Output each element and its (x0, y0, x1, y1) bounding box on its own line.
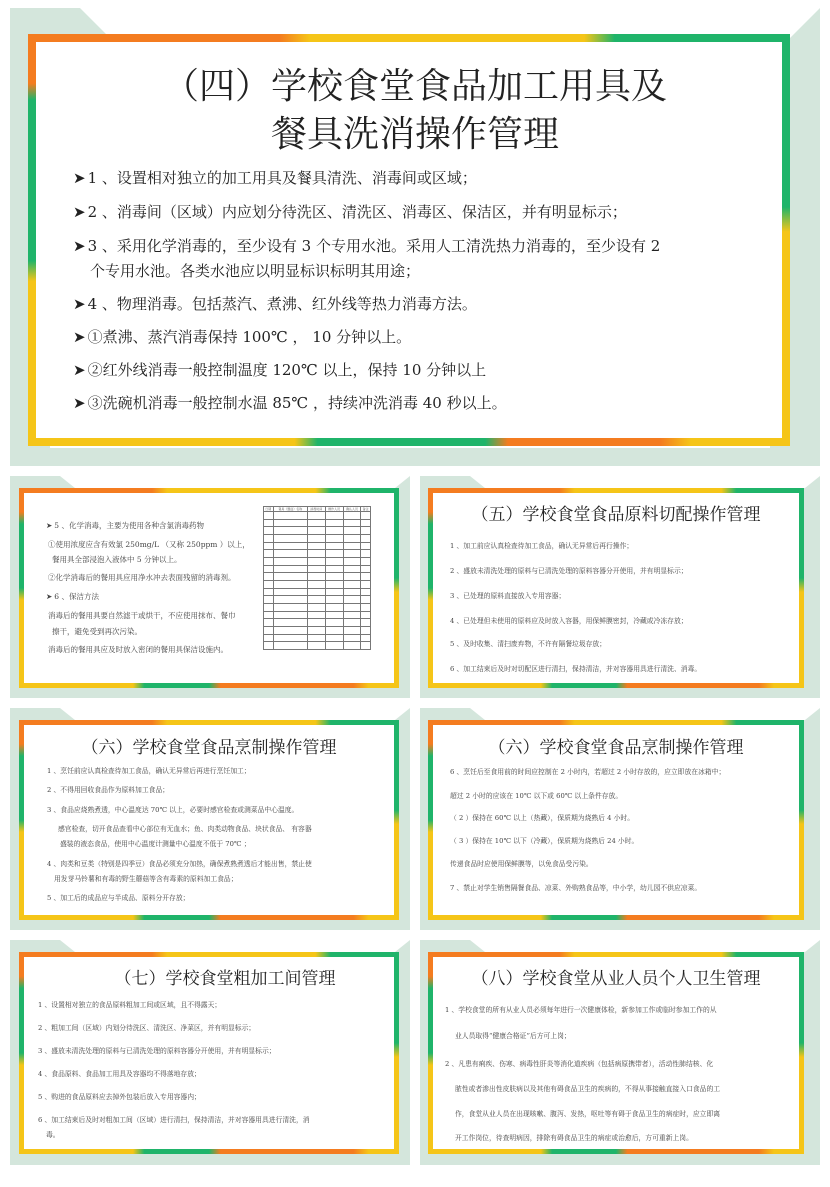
table-cell (343, 634, 361, 642)
slide-ingredient-prep: （五）学校食堂食品原料切配操作管理 1 、加工前应认真检查待加工食品，确认无异常… (420, 476, 820, 698)
table-cell (273, 626, 307, 634)
slide-personal-hygiene: （八）学校食堂从业人员个人卫生管理 1 、学校食堂的所有从业人员必须每年进行一次… (420, 940, 820, 1170)
list-item: 5 、加工后的成品应与半成品、原料分开存放； (47, 894, 189, 903)
list-item: 1 、学校食堂的所有从业人员必须每年进行一次健康体检，新参加工作或临时参加工作的… (445, 1006, 717, 1015)
table-cell (273, 642, 307, 650)
table-cell (273, 619, 307, 627)
list-item: ➤1 、设置相对独立的加工用具及餐具清洗、消毒间或区域； (73, 168, 477, 188)
table-row (264, 626, 371, 634)
frame-border-top (19, 720, 399, 725)
list-item: 5 、及时收集、清扫废弃物，不许有隔餐垃圾存放； (450, 640, 606, 649)
list-item-continuation: 擦干，避免受到再次污染。 (52, 627, 142, 637)
table-cell (264, 611, 274, 619)
table-cell (325, 596, 343, 604)
table-cell (307, 626, 325, 634)
table-row (264, 519, 371, 527)
table-cell (343, 573, 361, 581)
list-item: 6 、加工结束后及时对粗加工间（区域）进行清扫，保持清洁，并对容器用具进行清洗，… (38, 1116, 310, 1125)
table-cell (361, 565, 371, 573)
table-cell (361, 512, 371, 520)
table-cell (343, 542, 361, 550)
table-cell (264, 588, 274, 596)
table-cell (264, 550, 274, 558)
table-row (264, 634, 371, 642)
table-cell (325, 527, 343, 535)
table-cell (361, 534, 371, 542)
list-item: 5 、购进的食品原料应去掉外包装后放入专用容器内； (38, 1093, 201, 1102)
slide-title-line1: （四）学校食堂食品加工用具及 (10, 58, 820, 109)
arrow-bullet-icon: ➤ (73, 202, 86, 222)
list-item: ①使用浓度应含有效氯 250mg/L （又称 250ppm ）以上， (48, 540, 250, 550)
slide-title: （六）学校食堂食品烹制操作管理 (428, 733, 804, 758)
list-item: （ 2 ）保持在 60℃ 以上（热藏），保质期为烧熟后 4 小时。 (450, 814, 634, 823)
table-cell (361, 603, 371, 611)
table-cell (361, 619, 371, 627)
list-item: ➤3 、采用化学消毒的，至少设有 3 个专用水池。采用人工清洗热力消毒的，至少设… (73, 236, 660, 256)
list-item-continuation: 餐用具全部浸泡入液体中 5 分钟以上。 (52, 555, 182, 565)
frame-border-bottom (28, 438, 790, 446)
table-cell (273, 542, 307, 550)
table-header-row: 日期 餐具（器皿）名称 消毒时间 操作人员 确认人员 备注 (264, 507, 371, 512)
table-cell (264, 512, 274, 520)
frame-border-top (428, 488, 804, 493)
table-cell (307, 573, 325, 581)
table-cell (361, 519, 371, 527)
table-cell (307, 527, 325, 535)
list-item: ➤②红外线消毒一般控制温度 120℃ 以上，保持 10 分钟以上 (73, 360, 486, 380)
table-cell (307, 596, 325, 604)
table-cell (325, 603, 343, 611)
list-item-continuation: 盛装的液态食品，使用中心温度计测量中心温度不低于 70℃ ； (60, 840, 251, 849)
table-cell (325, 557, 343, 565)
table-cell (264, 565, 274, 573)
table-row (264, 619, 371, 627)
table-cell (273, 512, 307, 520)
table-cell (325, 565, 343, 573)
table-cell (264, 534, 274, 542)
table-row (264, 565, 371, 573)
list-item: ➤③洗碗机消毒一般控制水温 85℃ ，持续冲洗消毒 40 秒以上。 (73, 393, 507, 413)
list-item: ➤6 、保洁方法 (46, 592, 99, 602)
table-row (264, 534, 371, 542)
frame-border-top (19, 488, 399, 493)
list-item: 4 、食品原料、食品加工用具及容器均不得落地存放； (38, 1070, 201, 1079)
arrow-bullet-icon: ➤ (73, 236, 86, 256)
slide-title: （六）学校食堂食品烹制操作管理 (19, 733, 399, 758)
table-cell (307, 634, 325, 642)
table-cell (264, 642, 274, 650)
list-item: 6 、加工结束后及时对切配区进行清扫，保持清洁，并对容器用具进行清洗、消毒。 (450, 665, 701, 674)
table-cell (273, 611, 307, 619)
table-cell (307, 603, 325, 611)
table-cell (273, 603, 307, 611)
table-cell (325, 519, 343, 527)
slide-rough-processing: （七）学校食堂粗加工间管理 1 、设置相对独立的食品原料粗加工间或区域，且不得露… (10, 940, 410, 1170)
frame-border-right (394, 488, 399, 688)
list-item: 感官检查，切开食品查看中心部位有无血水；鱼、肉类动物食品、块状食品、 有容器 (58, 825, 312, 834)
table-cell (343, 550, 361, 558)
table-row (264, 603, 371, 611)
table-row (264, 642, 371, 650)
list-item: 1 、设置相对独立的食品原料粗加工间或区域，且不得露天； (38, 1001, 221, 1010)
table-cell (264, 596, 274, 604)
table-cell (343, 626, 361, 634)
table-cell (307, 588, 325, 596)
table-cell (361, 588, 371, 596)
table-cell (361, 626, 371, 634)
table-cell (273, 527, 307, 535)
table-cell (325, 626, 343, 634)
table-cell (264, 603, 274, 611)
frame-border-bottom (19, 915, 399, 920)
table-row (264, 588, 371, 596)
arrow-bullet-icon: ➤ (46, 521, 52, 531)
table-cell (343, 603, 361, 611)
arrow-bullet-icon: ➤ (73, 327, 86, 347)
table-cell (325, 573, 343, 581)
table-cell (264, 580, 274, 588)
table-cell (343, 512, 361, 520)
list-item: ➤2 、消毒间（区域）内应划分待洗区、清洗区、消毒区、保洁区，并有明显标示； (73, 202, 627, 222)
table-cell (307, 550, 325, 558)
table-cell (264, 634, 274, 642)
table-cell (325, 542, 343, 550)
list-item: 2 、不得用回收食品作为原料加工食品； (47, 786, 169, 795)
list-item-continuation: 开工作岗位，待查明病因，排除有碍食品卫生的病症或治愈后，方可重新上岗。 (455, 1134, 693, 1143)
table-cell (273, 588, 307, 596)
table-cell (343, 611, 361, 619)
table-cell (361, 634, 371, 642)
list-item: 6 、烹饪后至食用前的时间应控制在 2 小时内，若超过 2 小时存放的，应立即放… (450, 768, 725, 777)
table-cell (273, 596, 307, 604)
list-item: ➤①煮沸、蒸汽消毒保持 100℃ ， 10 分钟以上。 (73, 327, 411, 347)
table-cell (273, 550, 307, 558)
slide-title: （七）学校食堂粗加工间管理 (40, 964, 410, 989)
table-cell (264, 542, 274, 550)
list-item-continuation: 用发芽马铃薯和有毒的野生蘑菇等含有毒素的原料加工食品； (54, 875, 238, 884)
table-header-cell: 餐具（器皿）名称 (273, 507, 307, 512)
arrow-bullet-icon: ➤ (73, 393, 86, 413)
table-cell (343, 565, 361, 573)
table-cell (325, 534, 343, 542)
table-cell (361, 596, 371, 604)
table-cell (264, 527, 274, 535)
list-item: 3 、已处理的原料直接放入专用容器； (450, 592, 565, 601)
list-item: 4 、肉类和豆类（特别是四季豆）食品必须充分加热，确保煮熟煮透后才能出售，禁止使 (47, 860, 312, 869)
frame-border-bottom (428, 1149, 804, 1154)
table-cell (343, 519, 361, 527)
table-cell (273, 519, 307, 527)
table-row (264, 596, 371, 604)
table-cell (273, 557, 307, 565)
frame-border-left (19, 488, 24, 688)
table-cell (307, 557, 325, 565)
list-item-continuation: 毒。 (46, 1131, 60, 1140)
table-row (264, 611, 371, 619)
table-cell (343, 642, 361, 650)
table-row (264, 557, 371, 565)
table-row (264, 580, 371, 588)
arrow-bullet-icon: ➤ (73, 168, 86, 188)
table-cell (343, 596, 361, 604)
list-item-continuation: 业人员取得“健康合格证”后方可上岗； (455, 1032, 571, 1041)
slide-cooking-part2: （六）学校食堂食品烹制操作管理 6 、烹饪后至食用前的时间应控制在 2 小时内，… (420, 708, 820, 930)
table-cell (273, 634, 307, 642)
table-cell (264, 619, 274, 627)
table-cell (325, 642, 343, 650)
slide-title: （五）学校食堂食品原料切配操作管理 (428, 500, 804, 525)
list-item: 2 、盛放未清洗处理的原料与已清洗处理的原料容器分开使用，并有明显标示； (450, 567, 688, 576)
table-cell (325, 550, 343, 558)
table-cell (361, 611, 371, 619)
table-row (264, 527, 371, 535)
frame-border-left (19, 952, 24, 1154)
slide-disinfection-management: （四）学校食堂食品加工用具及 餐具洗消操作管理 ➤1 、设置相对独立的加工用具及… (10, 8, 820, 466)
table-cell (307, 580, 325, 588)
table-cell (273, 580, 307, 588)
table-cell (361, 527, 371, 535)
table-cell (264, 573, 274, 581)
arrow-bullet-icon: ➤ (73, 294, 86, 314)
table-cell (307, 619, 325, 627)
table-row (264, 542, 371, 550)
table-cell (273, 534, 307, 542)
list-item: 超过 2 小时的应该在 10℃ 以下或 60℃ 以上条件存放。 (450, 792, 622, 801)
table-cell (307, 542, 325, 550)
list-item: 3 、食品应烧熟煮透，中心温度达 70℃ 以上，必要时感官检查或测菜品中心温度。 (47, 806, 298, 815)
frame-border-top (28, 34, 790, 42)
table-cell (307, 565, 325, 573)
frame-border-top (428, 720, 804, 725)
frame-border-top (19, 952, 399, 957)
table-cell (343, 588, 361, 596)
slide-title-line2: 餐具洗消操作管理 (10, 106, 820, 157)
table-cell (361, 573, 371, 581)
table-cell (325, 611, 343, 619)
table-cell (307, 519, 325, 527)
slide-title: （八）学校食堂从业人员个人卫生管理 (428, 964, 804, 989)
frame-border-bottom (428, 683, 804, 688)
frame-border-bottom (19, 1149, 399, 1154)
list-item-continuation: 个专用水池。各类水池应以明显标识标明其用途； (90, 261, 420, 281)
table-cell (343, 557, 361, 565)
list-item: ②化学消毒后的餐用具应用净水冲去表面残留的消毒剂。 (48, 573, 236, 583)
table-cell (343, 580, 361, 588)
list-item: （ 3 ）保持在 10℃ 以下（冷藏），保质期为烧熟后 24 小时。 (450, 837, 638, 846)
list-item: 消毒后的餐用具应及时放入密闭的餐用具保洁设施内。 (48, 645, 228, 655)
list-item-continuation: 脓性或者渗出性皮肤病以及其他有碍食品卫生的疾病的，不得从事接触直接入口食品的工 (455, 1085, 720, 1094)
table-cell (325, 580, 343, 588)
list-item: 传递食品时应使用保鲜膜等，以免食品受污染。 (450, 860, 593, 869)
table-row (264, 550, 371, 558)
table-cell (343, 527, 361, 535)
slide-cooking-part1: （六）学校食堂食品烹制操作管理 1 、烹饪前应认真检查待加工食品，确认无异常后再… (10, 708, 410, 930)
table-cell (361, 580, 371, 588)
table-cell (361, 550, 371, 558)
table-cell (325, 588, 343, 596)
list-item: 1 、烹饪前应认真检查待加工食品，确认无异常后再进行烹饪加工； (47, 767, 251, 776)
table-row (264, 573, 371, 581)
table-cell (264, 557, 274, 565)
list-item: ➤5 、化学消毒，主要为使用各种含氯消毒药物 (46, 521, 204, 531)
table-cell (325, 512, 343, 520)
table-cell (307, 512, 325, 520)
table-cell (273, 573, 307, 581)
table-cell (361, 557, 371, 565)
table-cell (307, 534, 325, 542)
frame-border-bottom (428, 915, 804, 920)
disinfection-log-table: 日期 餐具（器皿）名称 消毒时间 操作人员 确认人员 备注 (263, 506, 371, 650)
frame-border-bottom (19, 683, 399, 688)
table-cell (307, 611, 325, 619)
list-item: 2 、粗加工间（区域）内划分待洗区、清洗区、净菜区，并有明显标示； (38, 1024, 255, 1033)
list-item-continuation: 作，食堂从业人员在出现咳嗽、腹泻、发热，呕吐等有碍于食品卫生的病症时，应立即离 (455, 1110, 720, 1119)
table-cell (325, 634, 343, 642)
list-item: 7 、禁止对学生销售隔餐食品、凉菜、外购熟食品等，中小学，幼儿园不供应凉菜。 (450, 884, 701, 893)
table-cell (343, 619, 361, 627)
list-item: 3 、盛放未清洗处理的原料与已清洗处理的原料容器分开使用，并有明显标示； (38, 1047, 276, 1056)
table-cell (361, 642, 371, 650)
table-cell (273, 565, 307, 573)
arrow-bullet-icon: ➤ (46, 592, 52, 602)
list-item: 2 、凡患有痢疾、伤寒、病毒性肝炎等消化道疾病（包括病原携带者），活动性肺结核、… (445, 1060, 713, 1069)
table-cell (307, 642, 325, 650)
list-item: 1 、加工前应认真检查待加工食品，确认无异常后再行操作； (450, 542, 633, 551)
slide-chemical-disinfection: ➤5 、化学消毒，主要为使用各种含氯消毒药物 ①使用浓度应含有效氯 250mg/… (10, 476, 410, 698)
table-row (264, 512, 371, 520)
list-item: 消毒后的餐用具要自然滤干或烘干，不应使用抹布、餐巾 (48, 611, 236, 621)
table-cell (361, 542, 371, 550)
table-cell (264, 519, 274, 527)
table-cell (264, 626, 274, 634)
arrow-bullet-icon: ➤ (73, 360, 86, 380)
frame-border-top (428, 952, 804, 957)
list-item: 4 、已处理但未使用的原料应及时放入容器，用保鲜膜密封，冷藏或冷冻存放； (450, 617, 688, 626)
list-item: ➤4 、物理消毒。包括蒸汽、煮沸、红外线等热力消毒方法。 (73, 294, 477, 314)
table-cell (343, 534, 361, 542)
table-cell (325, 619, 343, 627)
